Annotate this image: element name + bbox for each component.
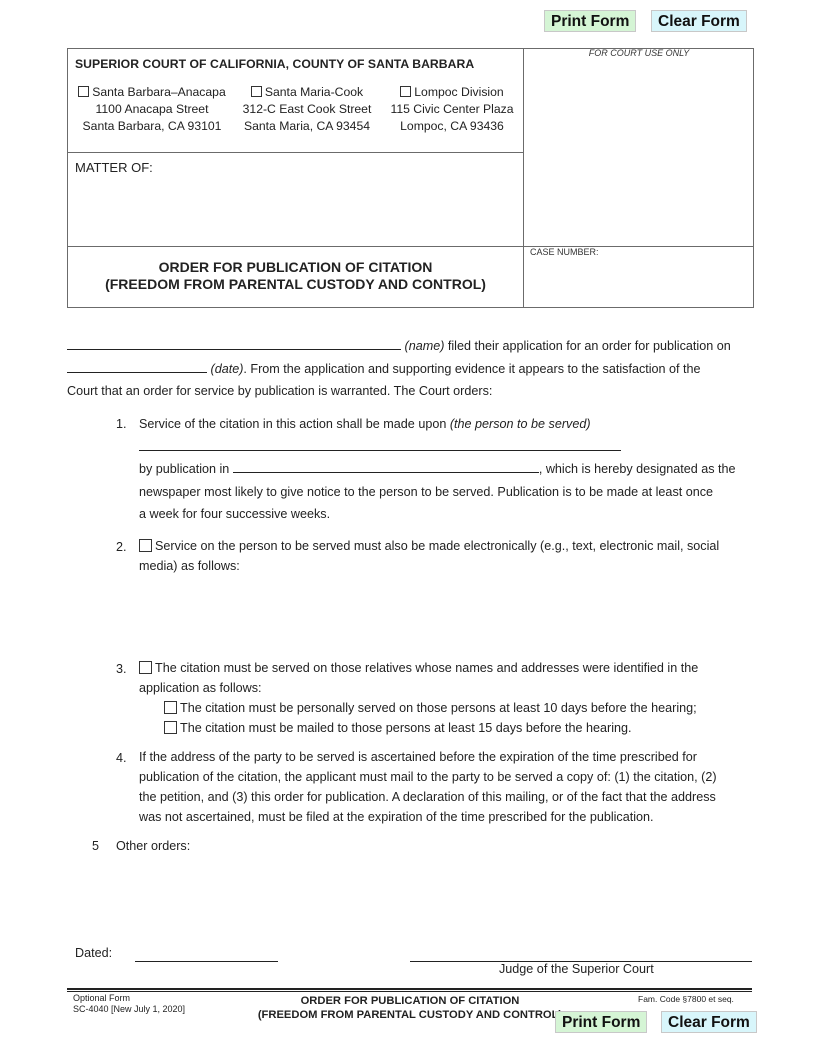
electronic-service-checkbox[interactable] <box>139 539 152 552</box>
item-4-text: If the address of the party to be served… <box>139 747 751 767</box>
person-hint: (the person to be served) <box>450 417 591 431</box>
location-street: 312-C East Cook Street <box>234 101 380 118</box>
location-santa-barbara: Santa Barbara–Anacapa 1100 Anacapa Stree… <box>72 84 232 135</box>
court-title: SUPERIOR COURT OF CALIFORNIA, COUNTY OF … <box>75 57 474 71</box>
case-number-label: CASE NUMBER: <box>530 247 599 257</box>
location-name: Lompoc Division <box>414 85 503 99</box>
item-4: If the address of the party to be served… <box>139 747 751 827</box>
location-checkbox-santa-maria[interactable] <box>251 86 262 97</box>
location-city: Lompoc, CA 93436 <box>382 118 522 135</box>
matter-of-field[interactable] <box>72 178 520 242</box>
location-checkbox-lompoc[interactable] <box>400 86 411 97</box>
court-use-only-field[interactable] <box>524 60 753 245</box>
form-title-line2: (FREEDOM FROM PARENTAL CUSTODY AND CONTR… <box>68 276 523 293</box>
optional-form-label: Optional Form <box>73 993 185 1004</box>
item-1-text: newspaper most likely to give notice to … <box>139 481 751 504</box>
location-checkbox-santa-barbara[interactable] <box>78 86 89 97</box>
item-3-text: application as follows: <box>139 678 751 698</box>
name-hint: (name) <box>405 339 445 353</box>
mail-service-checkbox[interactable] <box>164 721 177 734</box>
item-number: 5 <box>92 839 99 853</box>
location-santa-maria: Santa Maria-Cook 312-C East Cook Street … <box>234 84 380 135</box>
form-title-line1: ORDER FOR PUBLICATION OF CITATION <box>68 259 523 276</box>
footer-title-line2: (FREEDOM FROM PARENTAL CUSTODY AND CONTR… <box>240 1009 580 1023</box>
electronic-service-details-field[interactable] <box>139 580 751 650</box>
item-1-text: Service of the citation in this action s… <box>139 417 450 431</box>
date-hint: (date) <box>211 362 244 376</box>
item-3-sub-text: The citation must be mailed to those per… <box>180 721 632 735</box>
dated-label: Dated: <box>75 946 112 960</box>
dated-line <box>135 961 278 962</box>
intro-text: . From the application and supporting ev… <box>243 362 700 376</box>
applicant-name-field[interactable] <box>67 337 401 350</box>
judge-label: Judge of the Superior Court <box>499 962 654 976</box>
form-title: ORDER FOR PUBLICATION OF CITATION (FREED… <box>68 259 523 293</box>
footer-title-line1: ORDER FOR PUBLICATION OF CITATION <box>240 995 580 1009</box>
item-1: Service of the citation in this action s… <box>139 413 751 526</box>
item-4-text: the petition, and (3) this order for pub… <box>139 787 751 807</box>
dated-field[interactable] <box>135 944 278 960</box>
item-1-text: by publication in <box>139 462 233 476</box>
item-2-text: Service on the person to be served must … <box>155 539 719 553</box>
intro-text: filed their application for an order for… <box>444 339 730 353</box>
item-1-text: a week for four successive weeks. <box>139 503 751 526</box>
clear-form-button[interactable]: Clear Form <box>651 10 747 32</box>
matter-of-label: MATTER OF: <box>75 160 153 175</box>
item-number: 2. <box>116 540 127 554</box>
location-city: Santa Barbara, CA 93101 <box>72 118 232 135</box>
location-city: Santa Maria, CA 93454 <box>234 118 380 135</box>
item-4-text: was not ascertained, must be filed at th… <box>139 807 751 827</box>
intro-text: Court that an order for service by publi… <box>67 380 750 403</box>
footer-title: ORDER FOR PUBLICATION OF CITATION (FREED… <box>240 995 580 1022</box>
relatives-service-checkbox[interactable] <box>139 661 152 674</box>
item-number: 3. <box>116 662 127 676</box>
location-name: Santa Maria-Cook <box>265 85 363 99</box>
item-1-text: , which is hereby designated as the <box>539 462 736 476</box>
personal-service-checkbox[interactable] <box>164 701 177 714</box>
item-3-sub-text: The citation must be personally served o… <box>180 701 697 715</box>
other-orders-label: Other orders: <box>116 839 190 853</box>
location-lompoc: Lompoc Division 115 Civic Center Plaza L… <box>382 84 522 135</box>
person-to-be-served-field[interactable] <box>139 438 621 451</box>
footer-rule <box>67 991 752 992</box>
caption-divider <box>67 246 754 247</box>
application-date-field[interactable] <box>67 360 207 373</box>
item-3: The citation must be served on those rel… <box>139 658 751 738</box>
item-4-text: publication of the citation, the applica… <box>139 767 751 787</box>
print-form-button-bottom[interactable]: Print Form <box>555 1011 647 1033</box>
intro-paragraph: (name) filed their application for an or… <box>67 335 750 403</box>
footer-rule <box>67 988 752 990</box>
location-name: Santa Barbara–Anacapa <box>92 85 226 99</box>
court-use-only-label: FOR COURT USE ONLY <box>524 48 754 58</box>
clear-form-button-bottom[interactable]: Clear Form <box>661 1011 757 1033</box>
case-number-field[interactable] <box>528 260 750 304</box>
print-form-button[interactable]: Print Form <box>544 10 636 32</box>
item-2-text: media) as follows: <box>139 556 751 576</box>
item-number: 1. <box>116 417 127 431</box>
location-street: 115 Civic Center Plaza <box>382 101 522 118</box>
item-3-text: The citation must be served on those rel… <box>155 661 698 675</box>
item-2: Service on the person to be served must … <box>139 536 751 576</box>
caption-divider <box>67 152 523 153</box>
item-number: 4. <box>116 751 127 765</box>
code-reference: Fam. Code §7800 et seq. <box>638 994 734 1004</box>
form-id: SC-4040 [New July 1, 2020] <box>73 1004 185 1015</box>
newspaper-field[interactable] <box>233 460 539 473</box>
location-street: 1100 Anacapa Street <box>72 101 232 118</box>
other-orders-field[interactable] <box>116 858 751 933</box>
footer-form-info: Optional Form SC-4040 [New July 1, 2020] <box>73 993 185 1015</box>
